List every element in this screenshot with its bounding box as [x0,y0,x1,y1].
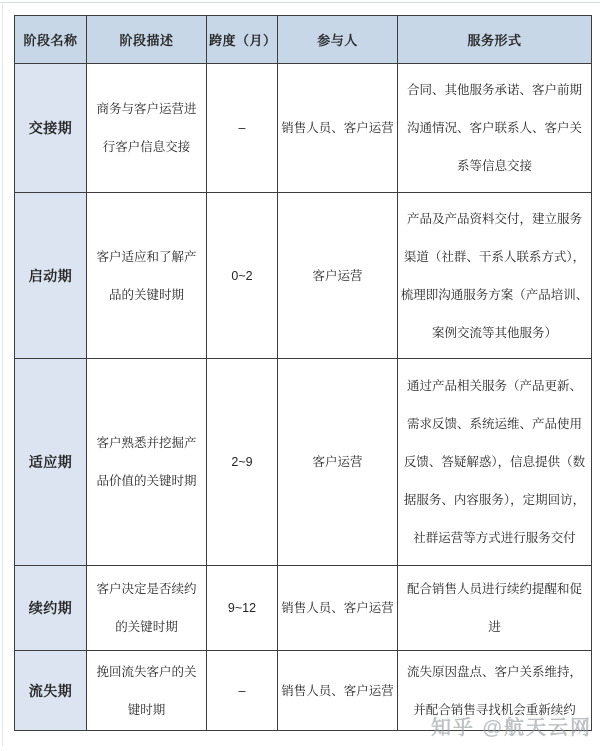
stage-name-cell: 流失期 [15,651,87,731]
stage-name-cell: 续约期 [15,566,87,651]
left-edge-artifact-line [2,2,3,746]
span-cell: 0~2 [207,193,278,359]
table-row-renewal: 续约期 客户决定是否续约 的关键时期 9~12 销售人员、客户运营 配合销售人员… [15,566,592,651]
header-stage-description: 阶段描述 [87,16,207,64]
span-cell: 9~12 [207,566,278,651]
service-format-cell: 产品及产品资料交付，建立服务 渠道（社群、干系人联系方式）， 梳理即沟通服务方案… [398,193,592,359]
stage-name-cell: 适应期 [15,359,87,566]
stage-description-cell: 挽回流失客户的关 键时期 [87,651,207,731]
stage-name-cell: 启动期 [15,193,87,359]
service-stages-table: 阶段名称 阶段描述 跨度（月） 参与人 服务形式 交接期 商务与客户运营进 行客… [14,15,592,731]
participants-cell: 销售人员、客户运营 [278,566,398,651]
stage-description-cell: 客户适应和了解产 品的关键时期 [87,193,207,359]
participants-cell: 销售人员、客户运营 [278,651,398,731]
header-row: 阶段名称 阶段描述 跨度（月） 参与人 服务形式 [15,16,592,64]
table-row-adaptation: 适应期 客户熟悉并挖掘产 品价值的关键时期 2~9 客户运营 通过产品相关服务（… [15,359,592,566]
service-format-cell: 合同、其他服务承诺、客户前期 沟通情况、客户联系人、客户关 系等信息交接 [398,64,592,193]
stage-description-cell: 客户熟悉并挖掘产 品价值的关键时期 [87,359,207,566]
header-stage-name: 阶段名称 [15,16,87,64]
service-format-cell: 通过产品相关服务（产品更新、 需求反馈、系统运维、产品使用 反馈、答疑解惑），信… [398,359,592,566]
stage-description-cell: 商务与客户运营进 行客户信息交接 [87,64,207,193]
table-row-handover: 交接期 商务与客户运营进 行客户信息交接 – 销售人员、客户运营 合同、其他服务… [15,64,592,193]
stage-name-cell: 交接期 [15,64,87,193]
header-span-months: 跨度（月） [207,16,278,64]
participants-cell: 销售人员、客户运营 [278,64,398,193]
header-service-format: 服务形式 [398,16,592,64]
screenshot-canvas: 阶段名称 阶段描述 跨度（月） 参与人 服务形式 交接期 商务与客户运营进 行客… [0,0,600,751]
zhihu-watermark: 知乎 @航天云网 [431,711,592,740]
top-edge-artifact-line [0,2,600,3]
participants-cell: 客户运营 [278,193,398,359]
span-cell: – [207,651,278,731]
span-cell: 2~9 [207,359,278,566]
participants-cell: 客户运营 [278,359,398,566]
stage-description-cell: 客户决定是否续约 的关键时期 [87,566,207,651]
service-format-cell: 配合销售人员进行续约提醒和促 进 [398,566,592,651]
span-cell: – [207,64,278,193]
table-row-launch: 启动期 客户适应和了解产 品的关键时期 0~2 客户运营 产品及产品资料交付，建… [15,193,592,359]
header-participants: 参与人 [278,16,398,64]
